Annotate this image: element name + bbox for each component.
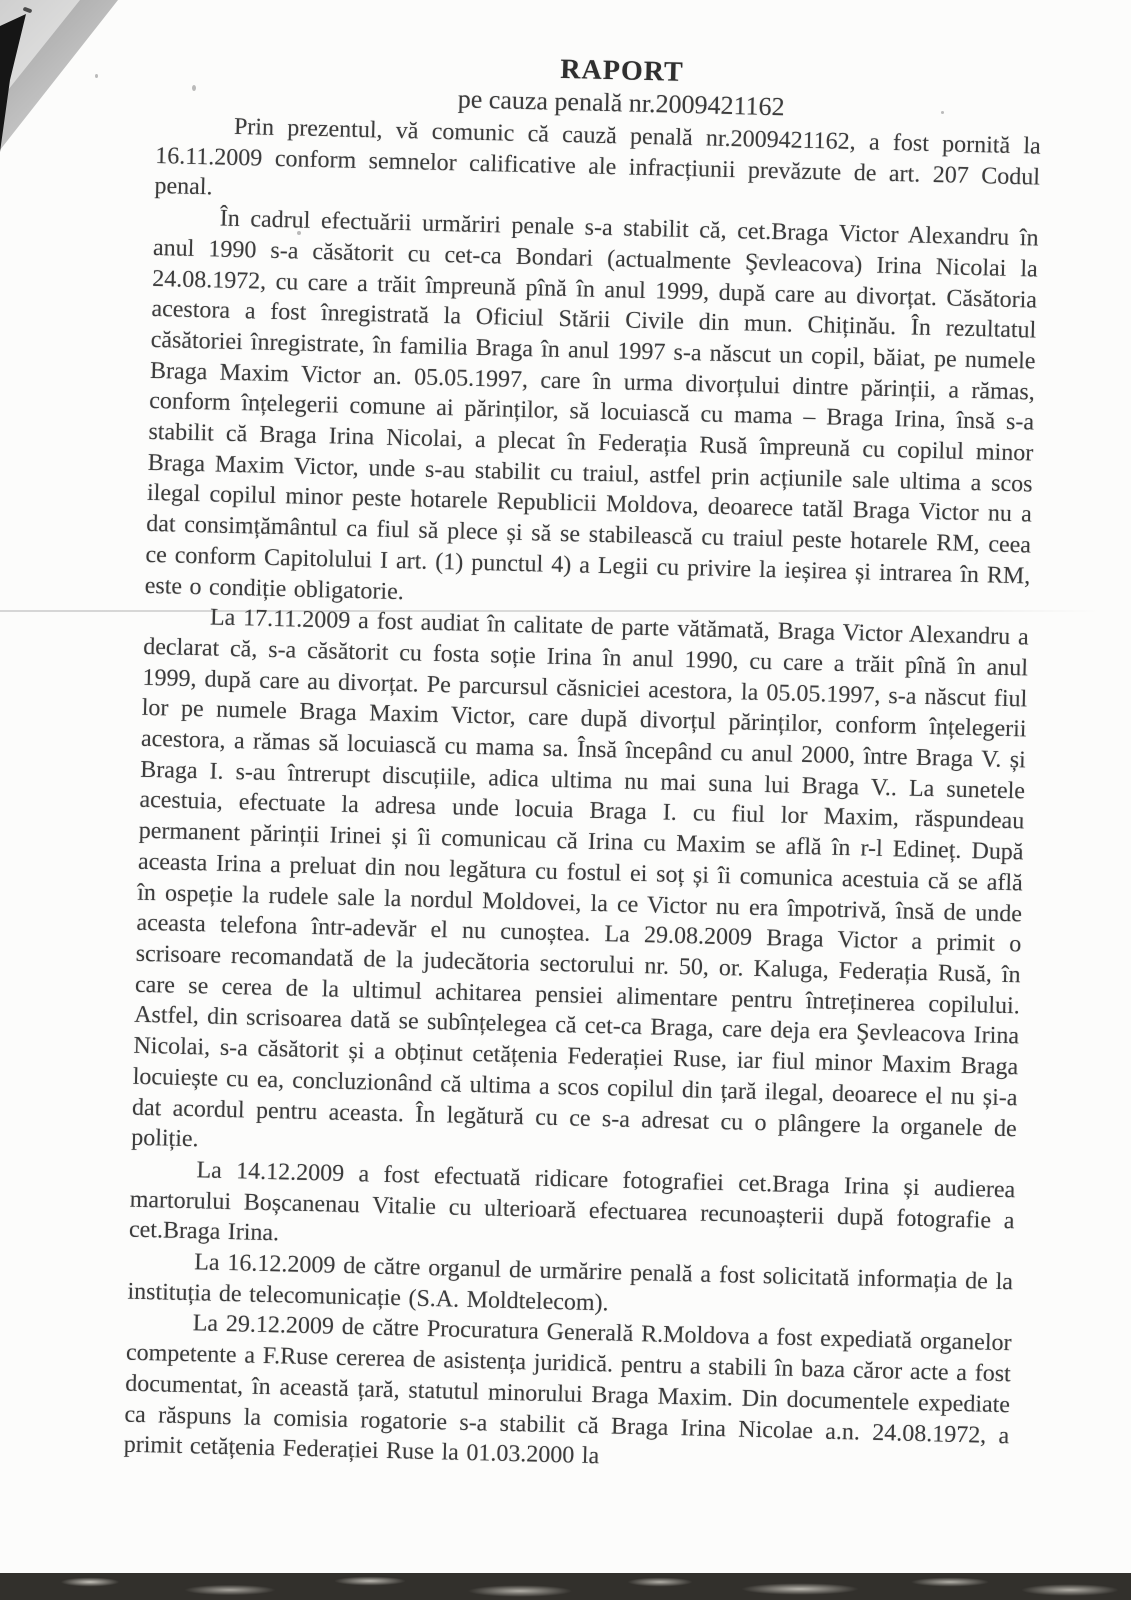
scan-speck — [95, 74, 98, 78]
report-paragraph-3: La 17.11.2009 a fost audiat în calitate … — [131, 601, 1029, 1175]
report-paragraph-6: La 29.12.2009 de către Procuratura Gener… — [123, 1307, 1011, 1482]
scanned-report-page: RAPORT pe cauza penală nr.2009421162 Pri… — [0, 0, 1131, 1600]
report-content: RAPORT pe cauza penală nr.2009421162 Pri… — [123, 44, 1042, 1482]
report-paragraph-2: În cadrul efectuării urmăriri penale s-a… — [144, 202, 1038, 623]
scanner-edge-band-artifact — [0, 1573, 1131, 1600]
